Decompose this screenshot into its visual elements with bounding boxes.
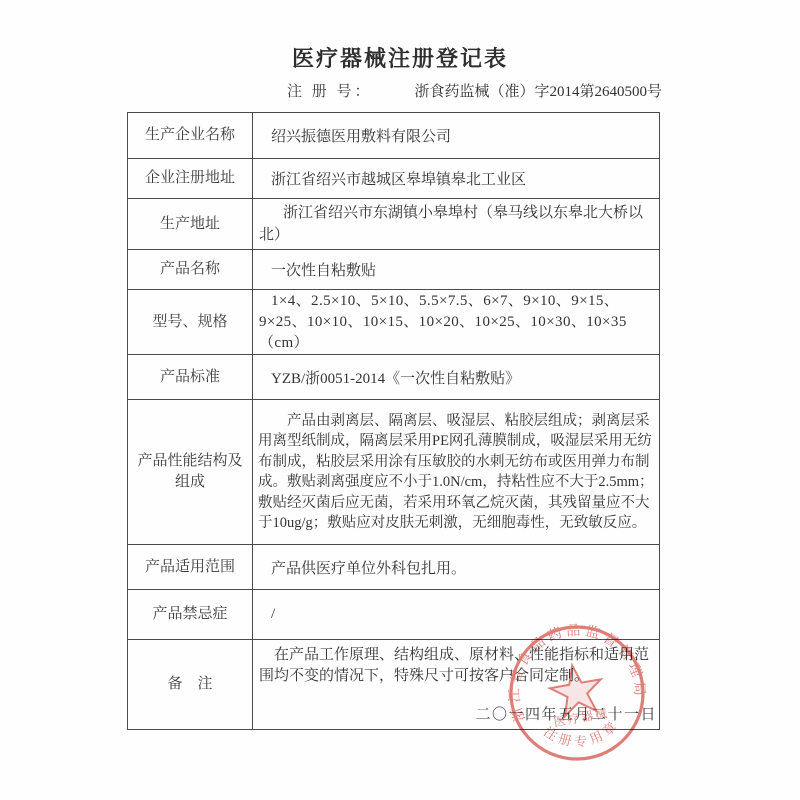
row-label-product-standard: 产品标准 [128, 355, 253, 399]
row-value-scope-of-use: 产品供医疗单位外科包扎用。 [253, 545, 659, 589]
page-title: 医疗器械注册登记表 [0, 42, 800, 73]
table-row: 产品适用范围 产品供医疗单位外科包扎用。 [128, 544, 659, 589]
row-label-model-specs: 型号、规格 [128, 290, 253, 354]
approval-date: 二〇一四年五月二十一日 [475, 703, 657, 724]
table-row: 产品名称 一次性自粘敷贴 [128, 249, 659, 289]
row-label-remarks: 备 注 [128, 640, 253, 729]
row-label-product-name: 产品名称 [128, 250, 253, 289]
row-label-registered-address: 企业注册地址 [128, 159, 253, 198]
table-row: 生产企业名称 绍兴振德医用敷料有限公司 [128, 113, 659, 158]
registration-number-label: 注 册 号： [287, 80, 373, 101]
row-value-registered-address: 浙江省绍兴市越城区皋埠镇皋北工业区 [253, 159, 659, 198]
table-row: 生产地址 浙江省绍兴市东湖镇小皋埠村（皋马线以东皋北大桥以北） [128, 198, 659, 249]
row-label-contraindications: 产品禁忌症 [128, 590, 253, 639]
table-row: 产品标准 YZB/浙0051-2014《一次性自粘敷贴》 [128, 354, 659, 399]
table-row: 产品性能结构及组成 产品由剥离层、隔离层、吸湿层、粘胶层组成；剥离层采用离型纸制… [128, 399, 659, 544]
row-value-production-address: 浙江省绍兴市东湖镇小皋埠村（皋马线以东皋北大桥以北） [253, 199, 659, 249]
registration-number-row: 注 册 号： 浙食药监械（准）字2014第2640500号 [287, 80, 662, 100]
row-label-performance-structure: 产品性能结构及组成 [128, 400, 253, 544]
row-value-performance-structure: 产品由剥离层、隔离层、吸湿层、粘胶层组成；剥离层采用离型纸制成，隔离层采用PE网… [253, 400, 659, 544]
table-row: 产品禁忌症 / [128, 589, 659, 639]
table-row: 企业注册地址 浙江省绍兴市越城区皋埠镇皋北工业区 [128, 158, 659, 198]
registration-number-value: 浙食药监械（准）字2014第2640500号 [414, 80, 662, 101]
row-label-manufacturer-name: 生产企业名称 [128, 113, 253, 158]
table-row: 型号、规格 1×4、2.5×10、5×10、5.5×7.5、6×7、9×10、9… [128, 289, 659, 354]
row-value-product-name: 一次性自粘敷贴 [253, 250, 659, 289]
row-value-model-specs: 1×4、2.5×10、5×10、5.5×7.5、6×7、9×10、9×15、9×… [253, 290, 659, 354]
row-label-production-address: 生产地址 [128, 199, 253, 249]
row-label-scope-of-use: 产品适用范围 [128, 545, 253, 589]
row-value-contraindications: / [253, 590, 659, 639]
row-value-product-standard: YZB/浙0051-2014《一次性自粘敷贴》 [253, 355, 659, 399]
registration-form-table: 生产企业名称 绍兴振德医用敷料有限公司 企业注册地址 浙江省绍兴市越城区皋埠镇皋… [127, 112, 660, 730]
scanned-document-page: 医疗器械注册登记表 注 册 号： 浙食药监械（准）字2014第2640500号 … [0, 0, 800, 800]
row-value-manufacturer-name: 绍兴振德医用敷料有限公司 [253, 113, 659, 158]
